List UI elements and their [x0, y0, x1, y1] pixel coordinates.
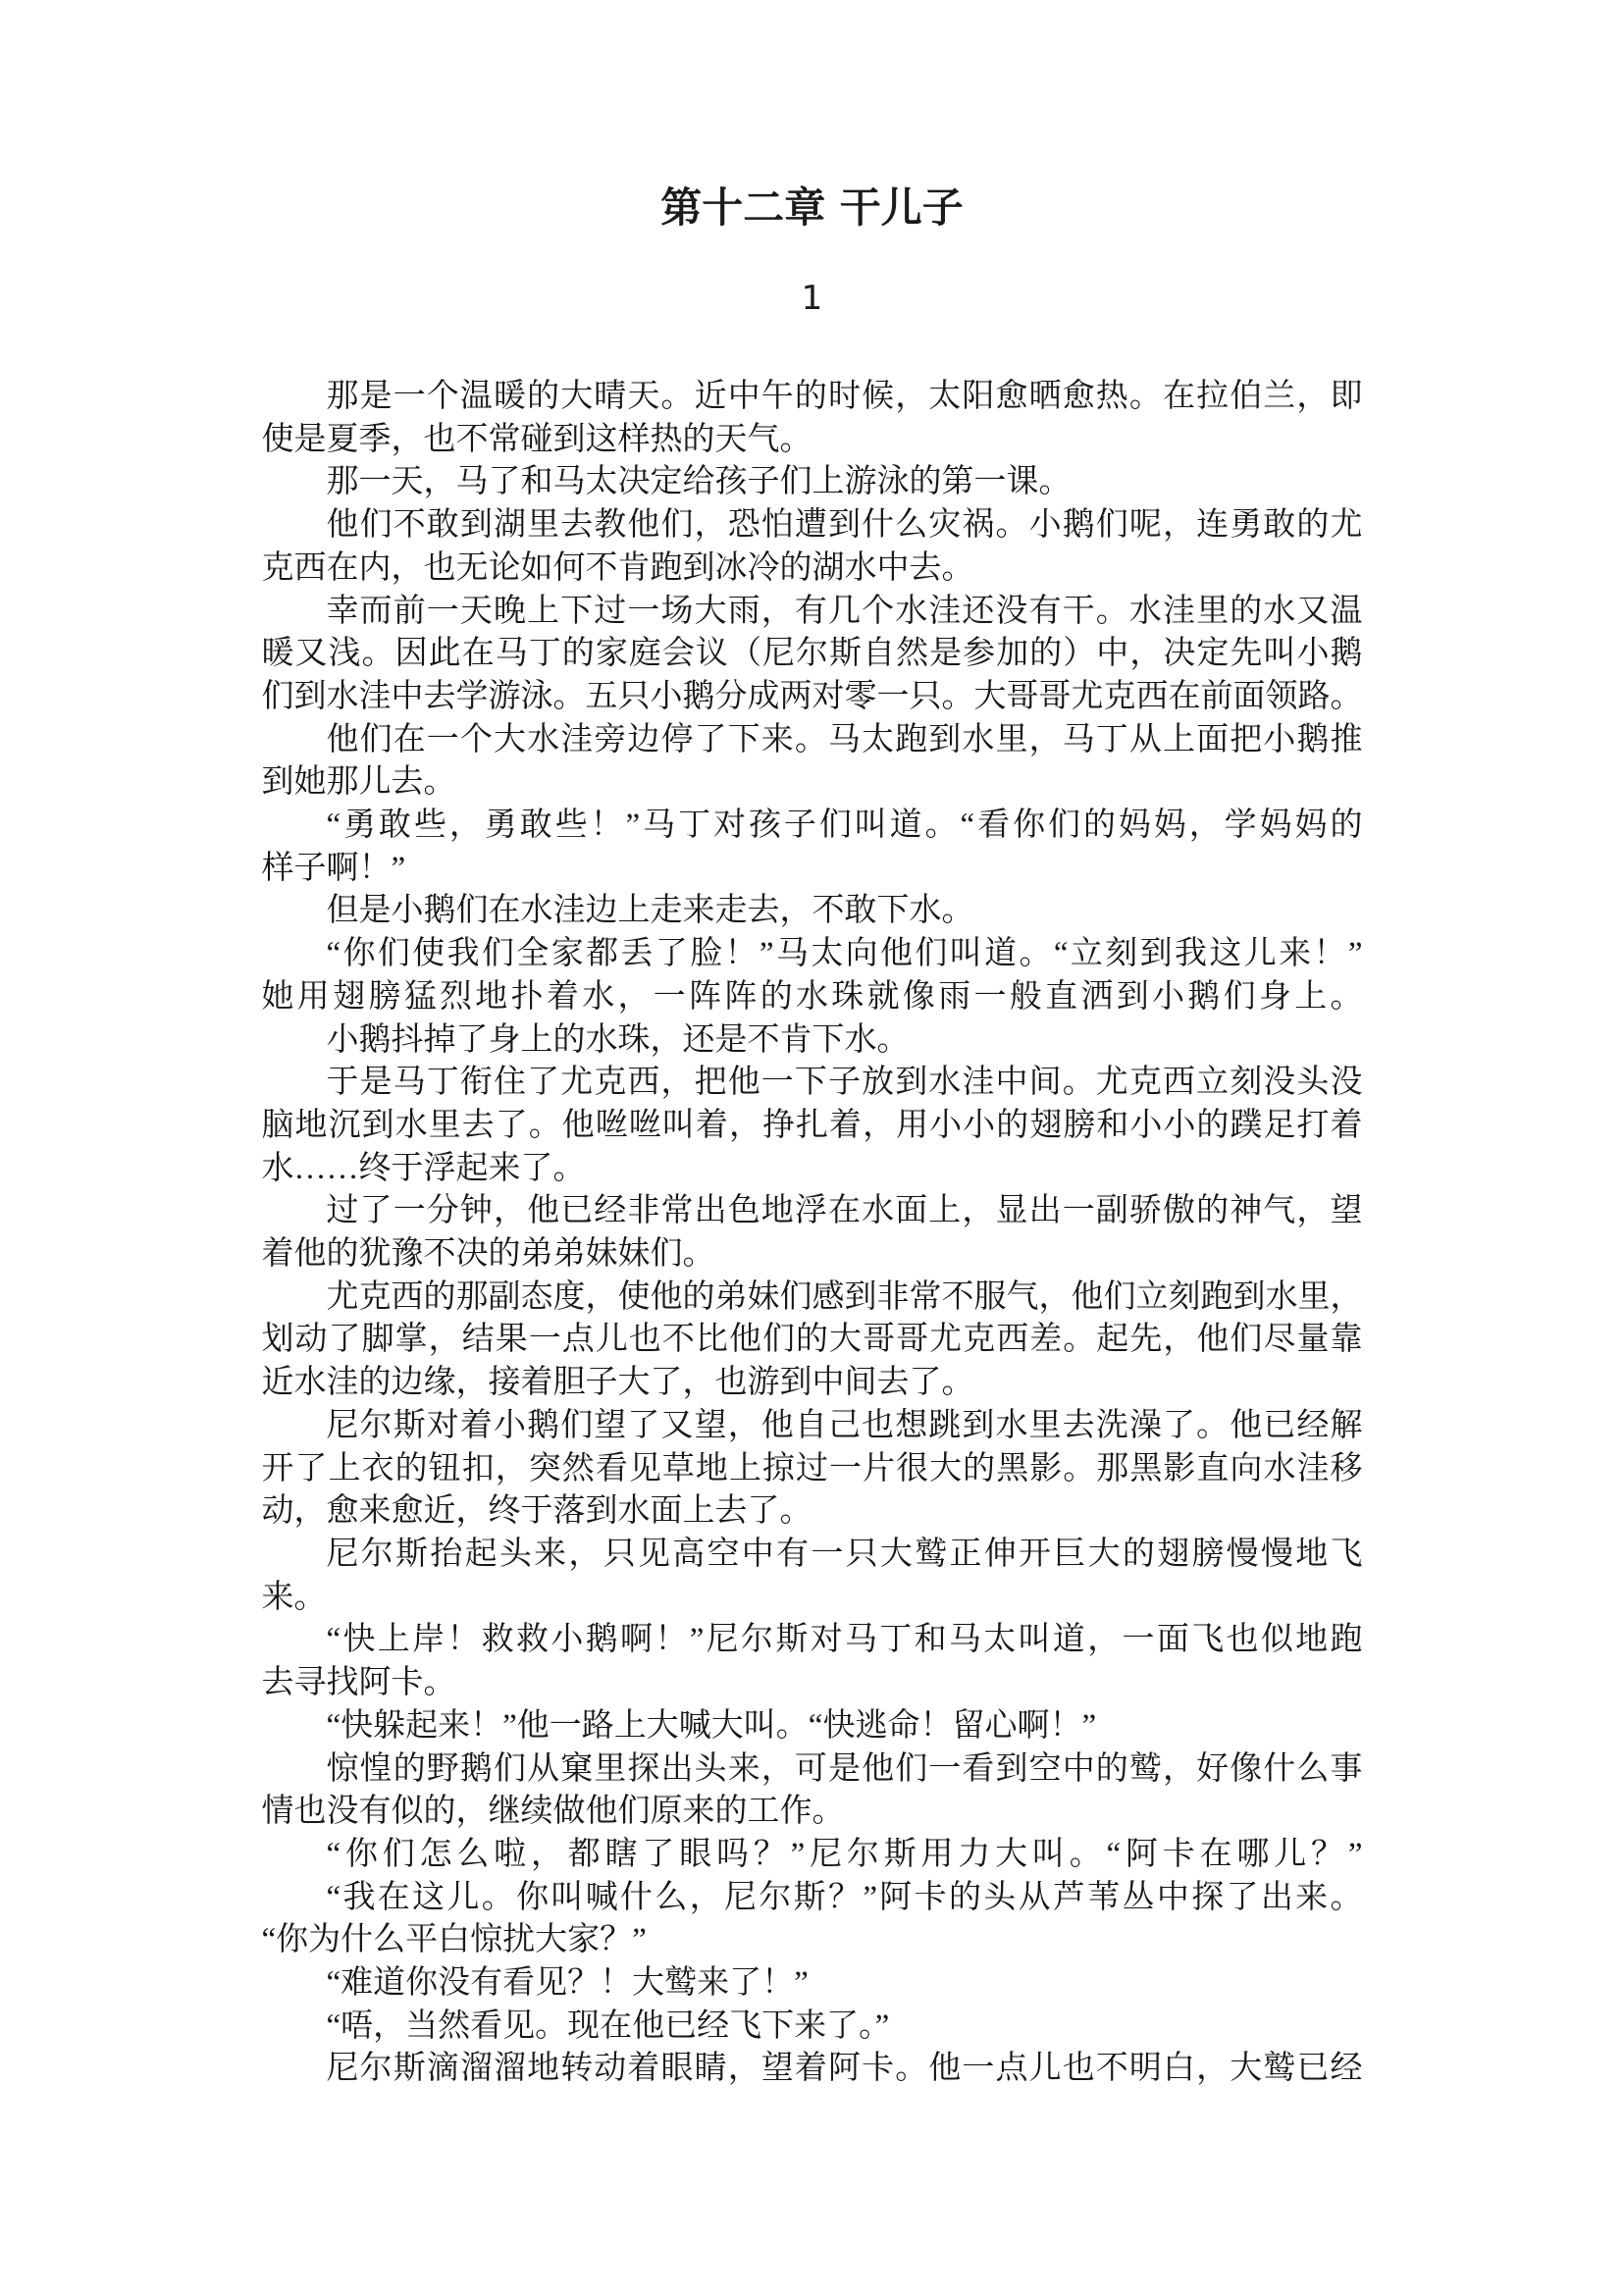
text-line: 到她那儿去。 — [262, 761, 1363, 805]
text-line: “唔，当然看见。现在他已经飞下来了。” — [262, 2006, 1363, 2049]
text-line: “你为什么平白惊扰大家？” — [262, 1919, 1363, 1962]
text-line: 着他的犹豫不决的弟弟妹妹们。 — [262, 1233, 1363, 1277]
text-line: 使是夏季，也不常碰到这样热的天气。 — [262, 419, 1363, 462]
text-line: 小鹅抖掉了身上的水珠，还是不肯下水。 — [262, 1019, 1363, 1063]
text-line: 尤克西的那副态度，使他的弟妹们感到非常不服气，他们立刻跑到水里， — [262, 1277, 1363, 1320]
text-line: 惊惶的野鹅们从窠里探出头来，可是他们一看到空中的鹫，好像什么事 — [262, 1748, 1363, 1792]
text-line: 开了上衣的钮扣，突然看见草地上掠过一片很大的黑影。那黑影直向水洼移 — [262, 1448, 1363, 1491]
text-line: 那是一个温暖的大晴天。近中午的时候，太阳愈晒愈热。在拉伯兰，即 — [262, 376, 1363, 419]
text-line: 划动了脚掌，结果一点儿也不比他们的大哥哥尤克西差。起先，他们尽量靠 — [262, 1319, 1363, 1362]
text-line: “快上岸！救救小鹅啊！”尼尔斯对马丁和马太叫道，一面飞也似地跑 — [262, 1619, 1363, 1662]
text-line: 暖又浅。因此在马丁的家庭会议（尼尔斯自然是参加的）中，决定先叫小鹅 — [262, 633, 1363, 676]
text-line: 尼尔斯对着小鹅们望了又望，他自己也想跳到水里去洗澡了。他已经解 — [262, 1405, 1363, 1448]
text-line: 他们在一个大水洼旁边停了下来。马太跑到水里，马丁从上面把小鹅推 — [262, 719, 1363, 762]
text-line: “勇敢些，勇敢些！”马丁对孩子们叫道。“看你们的妈妈，学妈妈的 — [262, 805, 1363, 848]
document-page: 第十二章 干儿子 1 那是一个温暖的大晴天。近中午的时候，太阳愈晒愈热。在拉伯兰… — [0, 0, 1624, 2294]
text-line: 她用翅膀猛烈地扑着水，一阵阵的水珠就像雨一般直洒到小鹅们身上。 — [262, 976, 1363, 1019]
text-line: 克西在内，也无论如何不肯跑到冰冷的湖水中去。 — [262, 547, 1363, 591]
text-line: “我在这儿。你叫喊什么，尼尔斯？”阿卡的头从芦苇丛中探了出来。 — [262, 1877, 1363, 1920]
text-line: 尼尔斯滴溜溜地转动着眼睛，望着阿卡。他一点儿也不明白，大鹫已经 — [262, 2048, 1363, 2091]
text-line: 近水洼的边缘，接着胆子大了，也游到中间去了。 — [262, 1362, 1363, 1405]
text-line: 但是小鹅们在水洼边上走来走去，不敢下水。 — [262, 890, 1363, 933]
text-line: 水……终于浮起来了。 — [262, 1148, 1363, 1191]
text-line: 情也没有似的，继续做他们原来的工作。 — [262, 1791, 1363, 1834]
section-number: 1 — [0, 282, 1624, 315]
text-line: “快躲起来！”他一路上大喊大叫。“快逃命！留心啊！” — [262, 1705, 1363, 1748]
text-line: 他们不敢到湖里去教他们，恐怕遭到什么灾祸。小鹅们呢，连勇敢的尤 — [262, 504, 1363, 547]
text-line: 脑地沉到水里去了。他咝咝叫着，挣扎着，用小小的翅膀和小小的蹼足打着 — [262, 1105, 1363, 1148]
text-line: 来。 — [262, 1577, 1363, 1620]
text-line: “你们使我们全家都丢了脸！”马太向他们叫道。“立刻到我这儿来！” — [262, 933, 1363, 976]
chapter-title: 第十二章 干儿子 — [0, 187, 1624, 229]
text-line: 于是马丁衔住了尤克西，把他一下子放到水洼中间。尤克西立刻没头没 — [262, 1062, 1363, 1105]
text-line: “难道你没有看见？！大鹫来了！” — [262, 1962, 1363, 2006]
body-text: 那是一个温暖的大晴天。近中午的时候，太阳愈晒愈热。在拉伯兰，即使是夏季，也不常碰… — [262, 376, 1363, 2091]
text-line: 去寻找阿卡。 — [262, 1662, 1363, 1705]
text-line: 幸而前一天晚上下过一场大雨，有几个水洼还没有干。水洼里的水又温 — [262, 591, 1363, 634]
text-line: 们到水洼中去学游泳。五只小鹅分成两对零一只。大哥哥尤克西在前面领路。 — [262, 676, 1363, 719]
text-line: 那一天，马了和马太决定给孩子们上游泳的第一课。 — [262, 461, 1363, 504]
text-line: 尼尔斯抬起头来，只见高空中有一只大鹫正伸开巨大的翅膀慢慢地飞 — [262, 1534, 1363, 1577]
text-line: “你们怎么啦，都瞎了眼吗？”尼尔斯用力大叫。“阿卡在哪儿？” — [262, 1834, 1363, 1877]
text-line: 过了一分钟，他已经非常出色地浮在水面上，显出一副骄傲的神气，望 — [262, 1190, 1363, 1233]
text-line: 样子啊！” — [262, 848, 1363, 891]
text-line: 动，愈来愈近，终于落到水面上去了。 — [262, 1490, 1363, 1534]
